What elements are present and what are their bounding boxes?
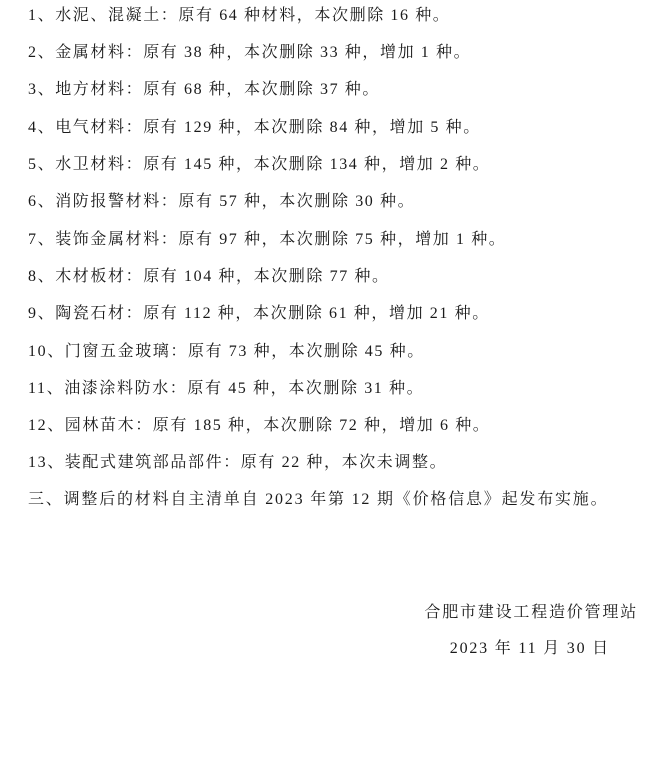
list-item-wood-panels: 8、木材板材：原有 104 种，本次删除 77 种。 (28, 267, 390, 287)
list-item-plumbing-materials: 5、水卫材料：原有 145 种，本次删除 134 种，增加 2 种。 (28, 155, 490, 175)
list-item-cement-concrete: 1、水泥、混凝土：原有 64 种材料，本次删除 16 种。 (28, 6, 450, 26)
signature-date: 2023 年 11 月 30 日 (450, 639, 610, 659)
document-page: 1、水泥、混凝土：原有 64 种材料，本次删除 16 种。 2、金属材料：原有 … (0, 0, 670, 764)
list-item-fire-alarm-materials: 6、消防报警材料：原有 57 种，本次删除 30 种。 (28, 192, 415, 212)
list-item-metal-materials: 2、金属材料：原有 38 种，本次删除 33 种，增加 1 种。 (28, 43, 471, 63)
list-item-prefab-building-components: 13、装配式建筑部品部件：原有 22 种，本次未调整。 (28, 453, 447, 473)
list-item-decorative-metal-materials: 7、装饰金属材料：原有 97 种，本次删除 75 种，增加 1 种。 (28, 230, 506, 250)
section-three-paragraph: 三、调整后的材料自主清单自 2023 年第 12 期《价格信息》起发布实施。 (28, 490, 608, 510)
list-item-doors-windows-hardware-glass: 10、门窗五金玻璃：原有 73 种，本次删除 45 种。 (28, 342, 425, 362)
list-item-local-materials: 3、地方材料：原有 68 种，本次删除 37 种。 (28, 80, 380, 100)
list-item-landscaping-seedlings: 12、园林苗木：原有 185 种，本次删除 72 种，增加 6 种。 (28, 416, 490, 436)
list-item-ceramic-stone: 9、陶瓷石材：原有 112 种，本次删除 61 种，增加 21 种。 (28, 304, 490, 324)
list-item-electrical-materials: 4、电气材料：原有 129 种，本次删除 84 种，增加 5 种。 (28, 118, 481, 138)
signature-organization: 合肥市建设工程造价管理站 (424, 603, 638, 623)
list-item-paint-coating-waterproof: 11、油漆涂料防水：原有 45 种，本次删除 31 种。 (28, 379, 424, 399)
